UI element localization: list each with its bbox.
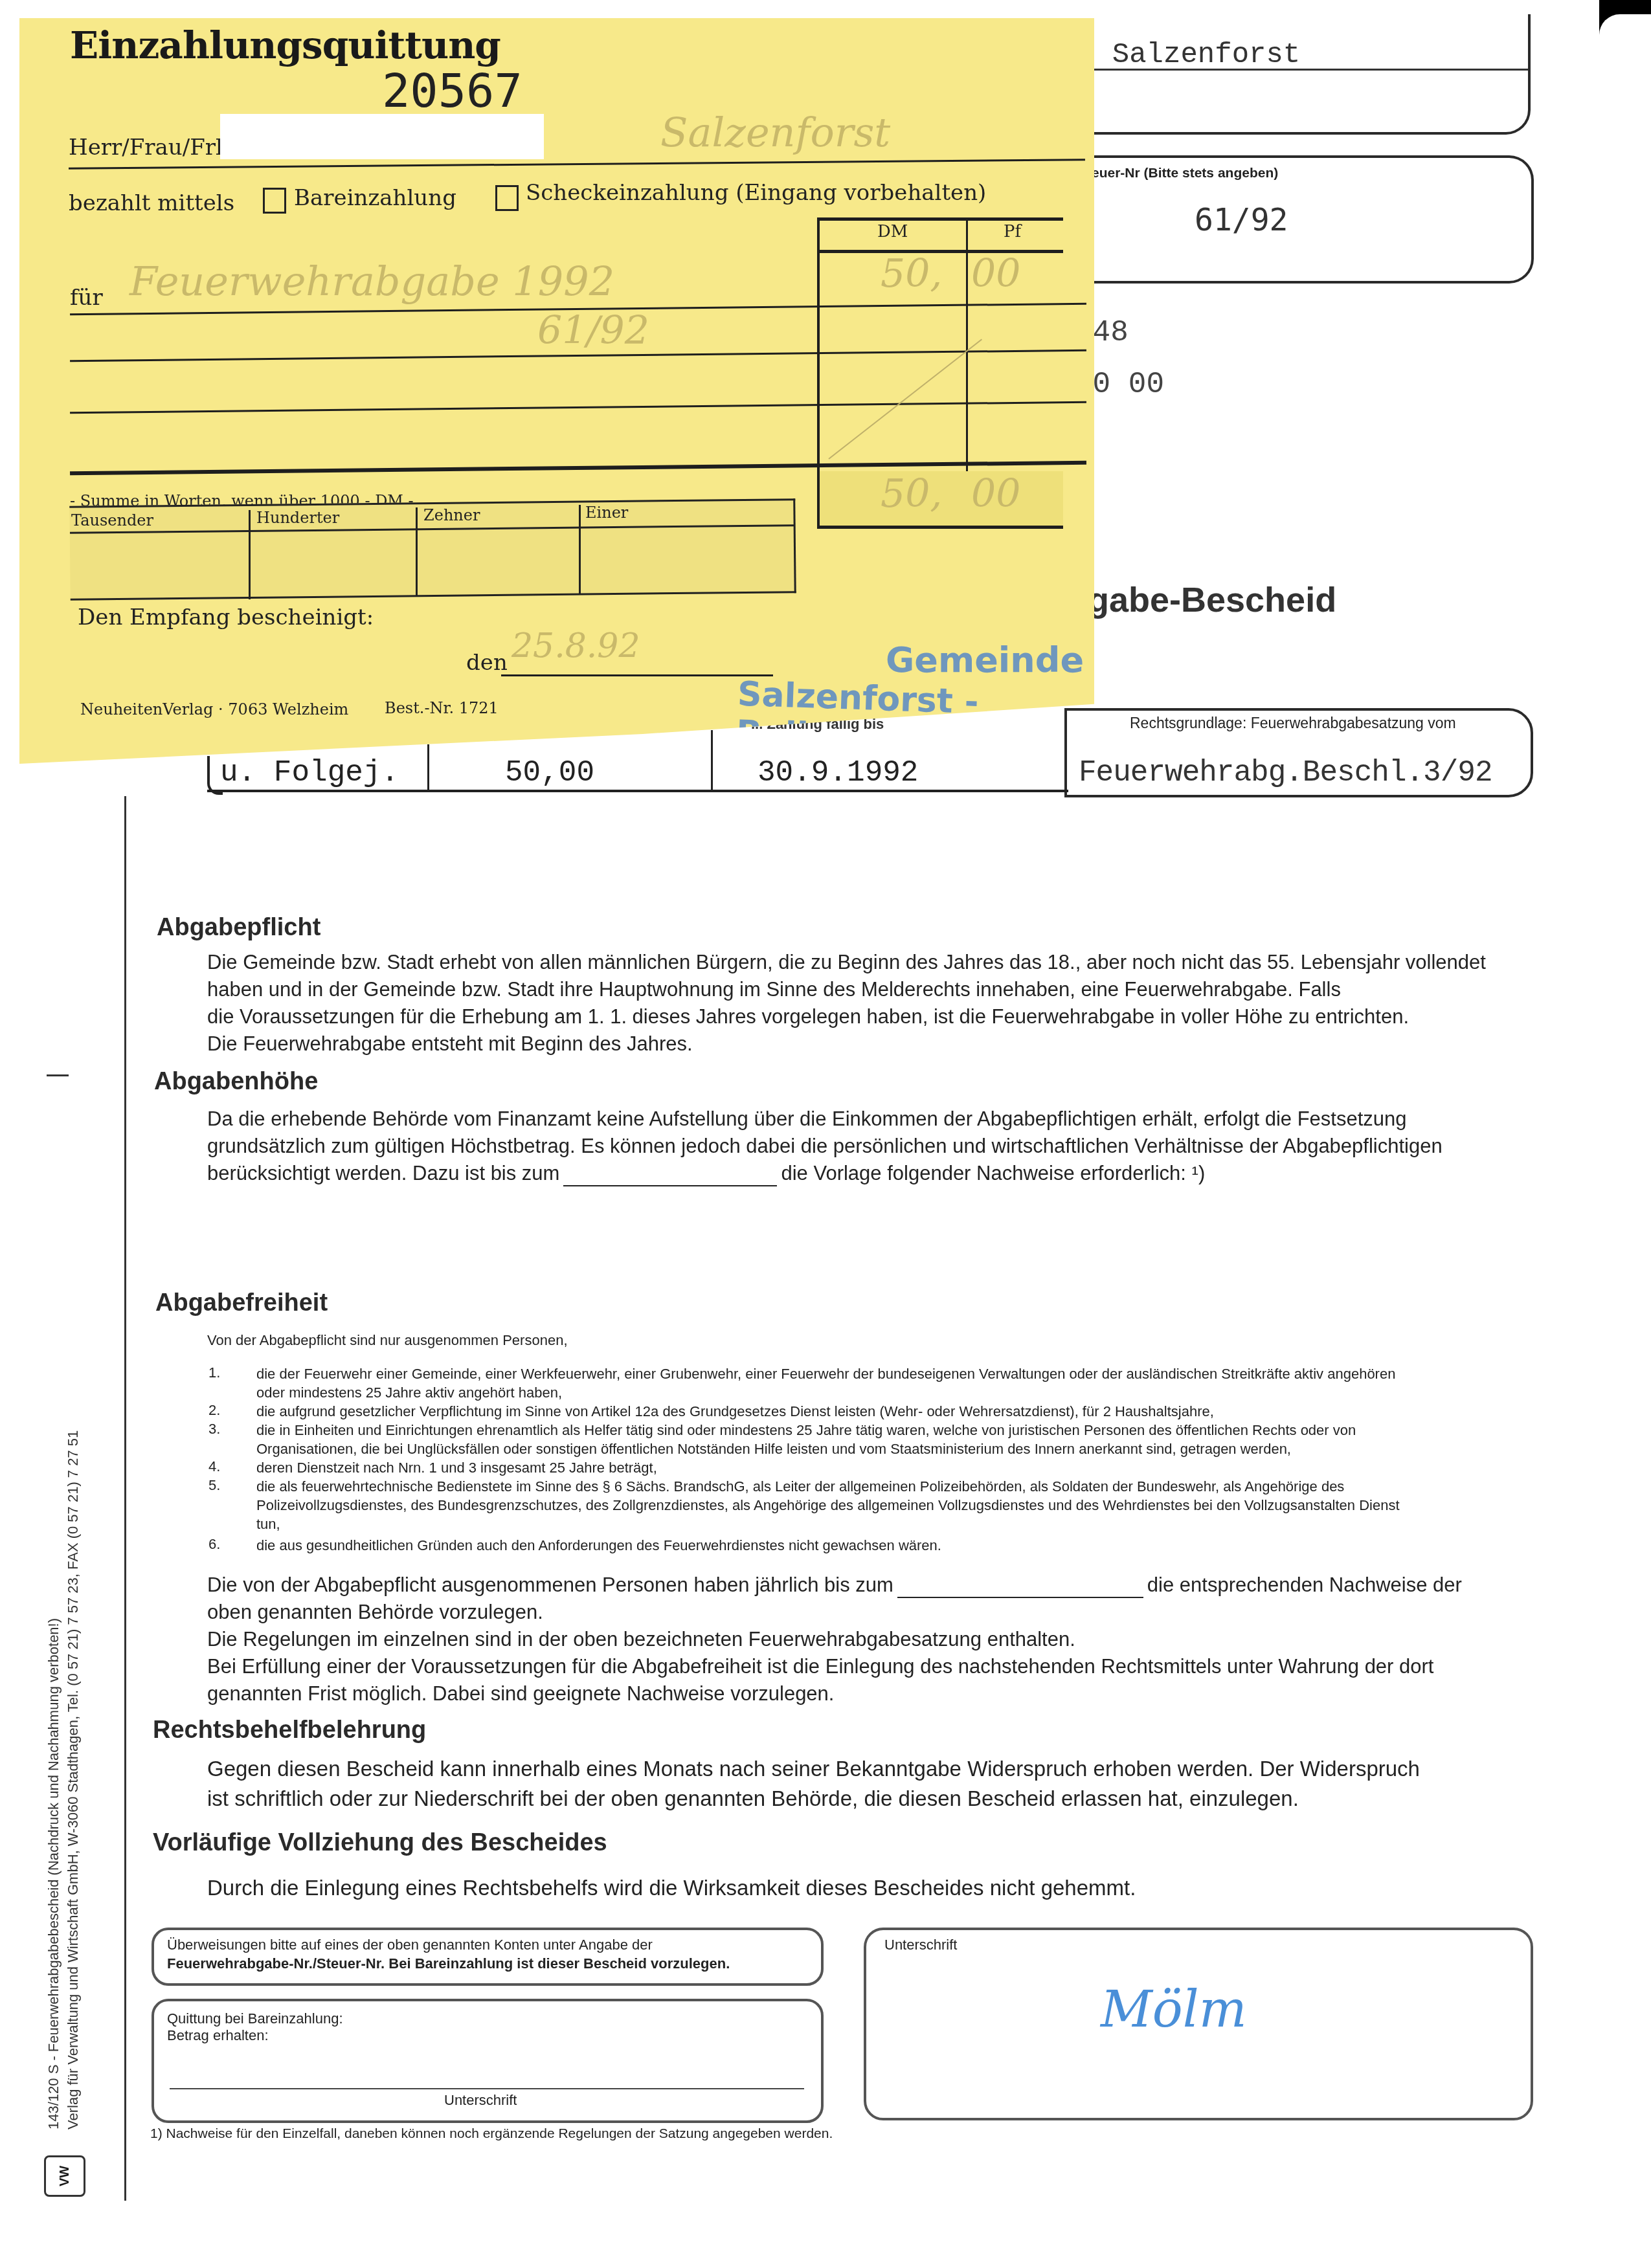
abgabefreiheit-para: Bei Erfüllung einer der Voraussetzungen … (207, 1653, 1433, 1680)
purpose-line-2: 61/92 (537, 308, 649, 353)
words-cell-divider (249, 510, 251, 599)
row-divider (427, 744, 429, 791)
payer-label: Herr/Frau/Frl. (69, 135, 230, 161)
abgabefreiheit-text: die entsprechenden Nachweise der (1147, 1573, 1462, 1596)
total-dm: 50, (881, 471, 942, 517)
words-cell-divider (579, 505, 581, 594)
exemption-number: 6. (208, 1536, 220, 1553)
exemption-number: 1. (208, 1364, 220, 1381)
amount-grid-bottom (817, 526, 1063, 529)
abgabenhoehe-line: berücksichtigt werden. Dazu ist bis zumd… (207, 1160, 1205, 1186)
payer-handwritten: Salzenforst (660, 109, 890, 156)
amount-cell: 50,00 (505, 756, 594, 790)
exemption-text: die aufgrund gesetzlicher Verpflichtung … (256, 1402, 1214, 1421)
date-label: den (466, 650, 508, 676)
redacted-name (220, 114, 544, 159)
abgabepflicht-line: Die Gemeinde bzw. Stadt erhebt von allen… (207, 949, 1486, 975)
cash-option-label: Bareinzahlung (294, 185, 456, 211)
deadline-blank-2[interactable] (897, 1580, 1143, 1598)
receipt-number: 20567 (382, 63, 522, 118)
exemption-number: 4. (208, 1458, 220, 1475)
exemption-text: die aus gesundheitlichen Gründen auch de… (256, 1536, 941, 1555)
side-imprint-line: Verlag für Verwaltung und Wirtschaft Gmb… (65, 1430, 82, 2129)
section-heading-rechtsbehelf: Rechtsbehelfbelehrung (153, 1717, 426, 1744)
exemption-number: 2. (208, 1402, 220, 1419)
abgabenhoehe-line: Da die erhebende Behörde vom Finanzamt k… (207, 1106, 1407, 1132)
words-col-einer: Einer (585, 504, 628, 522)
transfer-note-line: Überweisungen bitte auf eines der oben g… (167, 1935, 653, 1954)
cash-receipt-label: Betrag erhalten: (167, 2026, 269, 2045)
cheque-checkbox[interactable] (495, 185, 519, 211)
date-value: 25.8.92 (511, 627, 640, 665)
abgabefreiheit-para: genannten Frist möglich. Dabei sind geei… (207, 1680, 834, 1707)
fold-mark (47, 1074, 69, 1076)
abgabepflicht-line: die Voraussetzungen für die Erhebung am … (207, 1003, 1409, 1030)
publisher-logo-text: VW (58, 2166, 73, 2186)
purpose-line-1: Feuerwehrabgabe 1992 (129, 258, 614, 305)
exemption-text: tun, (256, 1515, 280, 1533)
document-title: gabe-Bescheid (1088, 580, 1336, 620)
amount-grid-top (817, 217, 1063, 221)
abgabefreiheit-para: Die von der Abgabepflicht ausgenommenen … (207, 1572, 1534, 1598)
cheque-option-label: Scheckeinzahlung (Eingang vorbehalten) (526, 180, 986, 206)
date-line (501, 674, 773, 676)
abgabefreiheit-text: Die von der Abgabepflicht ausgenommenen … (207, 1573, 893, 1596)
page-corner (1599, 14, 1651, 53)
for-label: für (70, 285, 103, 311)
section-heading-abgabenhoehe: Abgabenhöhe (154, 1068, 318, 1096)
section-heading-abgabepflicht: Abgabepflicht (157, 914, 320, 942)
words-col-hunderter: Hunderter (256, 509, 339, 527)
municipality-stamp-line-2: Salzenforst - Bolbritz (736, 674, 1095, 764)
publisher-logo: VW (44, 2155, 85, 2197)
vollziehung-line: Durch die Einlegung eines Rechtsbehelfs … (207, 1874, 1136, 1901)
deadline-blank[interactable] (563, 1168, 777, 1186)
period-cell: u. Folgej. (220, 756, 399, 790)
exemption-text: die der Feuerwehr einer Gemeinde, einer … (256, 1364, 1395, 1383)
legal-basis-label: Rechtsgrundlage: Feuerwehrabgabesatzung … (1130, 715, 1456, 732)
municipality-stamp-line-1: Gemeinde (886, 639, 1084, 680)
exemption-number: 5. (208, 1477, 220, 1494)
exemption-text: die in Einheiten und Einrichtungen ehren… (256, 1421, 1356, 1440)
section-heading-abgabefreiheit: Abgabefreiheit (155, 1289, 328, 1317)
side-imprint-line: 143/120 S - Feuerwehrabgabebescheid (Nac… (45, 1618, 62, 2129)
rechtsbehelf-line: Gegen diesen Bescheid kann innerhalb ein… (207, 1755, 1420, 1782)
publisher-imprint: NeuheitenVerlag · 7063 Welzheim (80, 700, 348, 718)
tax-number-label: Steuer-Nr (Bitte stets angeben) (1078, 166, 1278, 181)
pf-column-header: Pf (1004, 222, 1021, 241)
legal-basis-cell: Feuerwehrabg.Beschl.3/92 (1079, 756, 1492, 790)
signature-box-label: Unterschrift (884, 1935, 957, 1954)
margin-line (124, 796, 126, 2201)
footnote: 1) Nachweise für den Einzelfall, daneben… (150, 2124, 833, 2143)
abgabenhoehe-text: die Vorlage folgender Nachweise erforder… (781, 1162, 1205, 1184)
exemption-text: die als feuerwehrtechnische Bedienstete … (256, 1477, 1344, 1496)
abgabefreiheit-para: oben genannten Behörde vorzulegen. (207, 1599, 543, 1625)
cash-checkbox[interactable] (263, 188, 286, 214)
paid-by-label: bezahlt mittels (69, 190, 234, 216)
cash-signature-line[interactable] (170, 2088, 804, 2089)
void-strike-line (828, 339, 982, 460)
abgabenhoehe-line: grundsätzlich zum gültigen Höchstbetrag.… (207, 1133, 1443, 1159)
abgabenhoehe-text: berücksichtigt werden. Dazu ist bis zum (207, 1162, 559, 1184)
receipt-confirmation-label: Den Empfang bescheinigt: (78, 605, 374, 630)
words-cell-divider (416, 507, 418, 597)
exemption-text: deren Dienstzeit nach Nrn. 1 und 3 insge… (256, 1458, 657, 1477)
rechtsbehelf-line: ist schriftlich oder zur Niederschrift b… (207, 1785, 1299, 1812)
amount-pf: 00 (971, 251, 1020, 296)
total-pf: 00 (971, 471, 1020, 517)
amount-dm: 50, (881, 251, 942, 296)
words-col-zehner: Zehner (423, 506, 480, 524)
cash-receipt-label: Quittung bei Bareinzahlung: (167, 2009, 343, 2028)
abgabefreiheit-intro: Von der Abgabepflicht sind nur ausgenomm… (207, 1331, 568, 1350)
cash-signature-label: Unterschrift (444, 2091, 517, 2109)
exemption-text: Polizeivollzugsdienstes, des Bundesgrenz… (256, 1496, 1400, 1515)
exemption-text: Organisationen, die bei Unglücksfällen o… (256, 1440, 1291, 1458)
order-number: Best.-Nr. 1721 (385, 699, 499, 717)
exemption-number: 3. (208, 1421, 220, 1438)
abgabepflicht-line: haben und in der Gemeinde bzw. Stadt ihr… (207, 976, 1341, 1003)
receipt-title: Einzahlungsquittung (70, 23, 500, 67)
payment-receipt: Einzahlungsquittung 20567 Herr/Frau/Frl.… (19, 18, 1094, 764)
address-fragment: 1 Salzenforst (1078, 39, 1300, 71)
row-divider (711, 730, 713, 791)
section-heading-vollziehung: Vorläufige Vollziehung des Bescheides (153, 1829, 607, 1857)
dm-column-header: DM (877, 222, 908, 241)
tax-number-value: 61/92 (1195, 202, 1288, 238)
abgabepflicht-line: Die Feuerwehrabgabe entsteht mit Beginn … (207, 1030, 693, 1057)
row-bottom-line (207, 790, 1068, 792)
due-date-cell: 30.9.1992 (758, 756, 918, 790)
purpose-line (70, 401, 1086, 414)
abgabefreiheit-para: Die Regelungen im einzelnen sind in der … (207, 1626, 1075, 1652)
handwritten-signature: Mölm (1101, 1981, 1247, 2039)
exemption-text: oder mindestens 25 Jahre aktiv angehört … (256, 1383, 562, 1402)
transfer-note-line: Feuerwehrabgabe-Nr./Steuer-Nr. Bei Barei… (167, 1954, 730, 1973)
words-col-tausender: Tausender (71, 511, 153, 529)
